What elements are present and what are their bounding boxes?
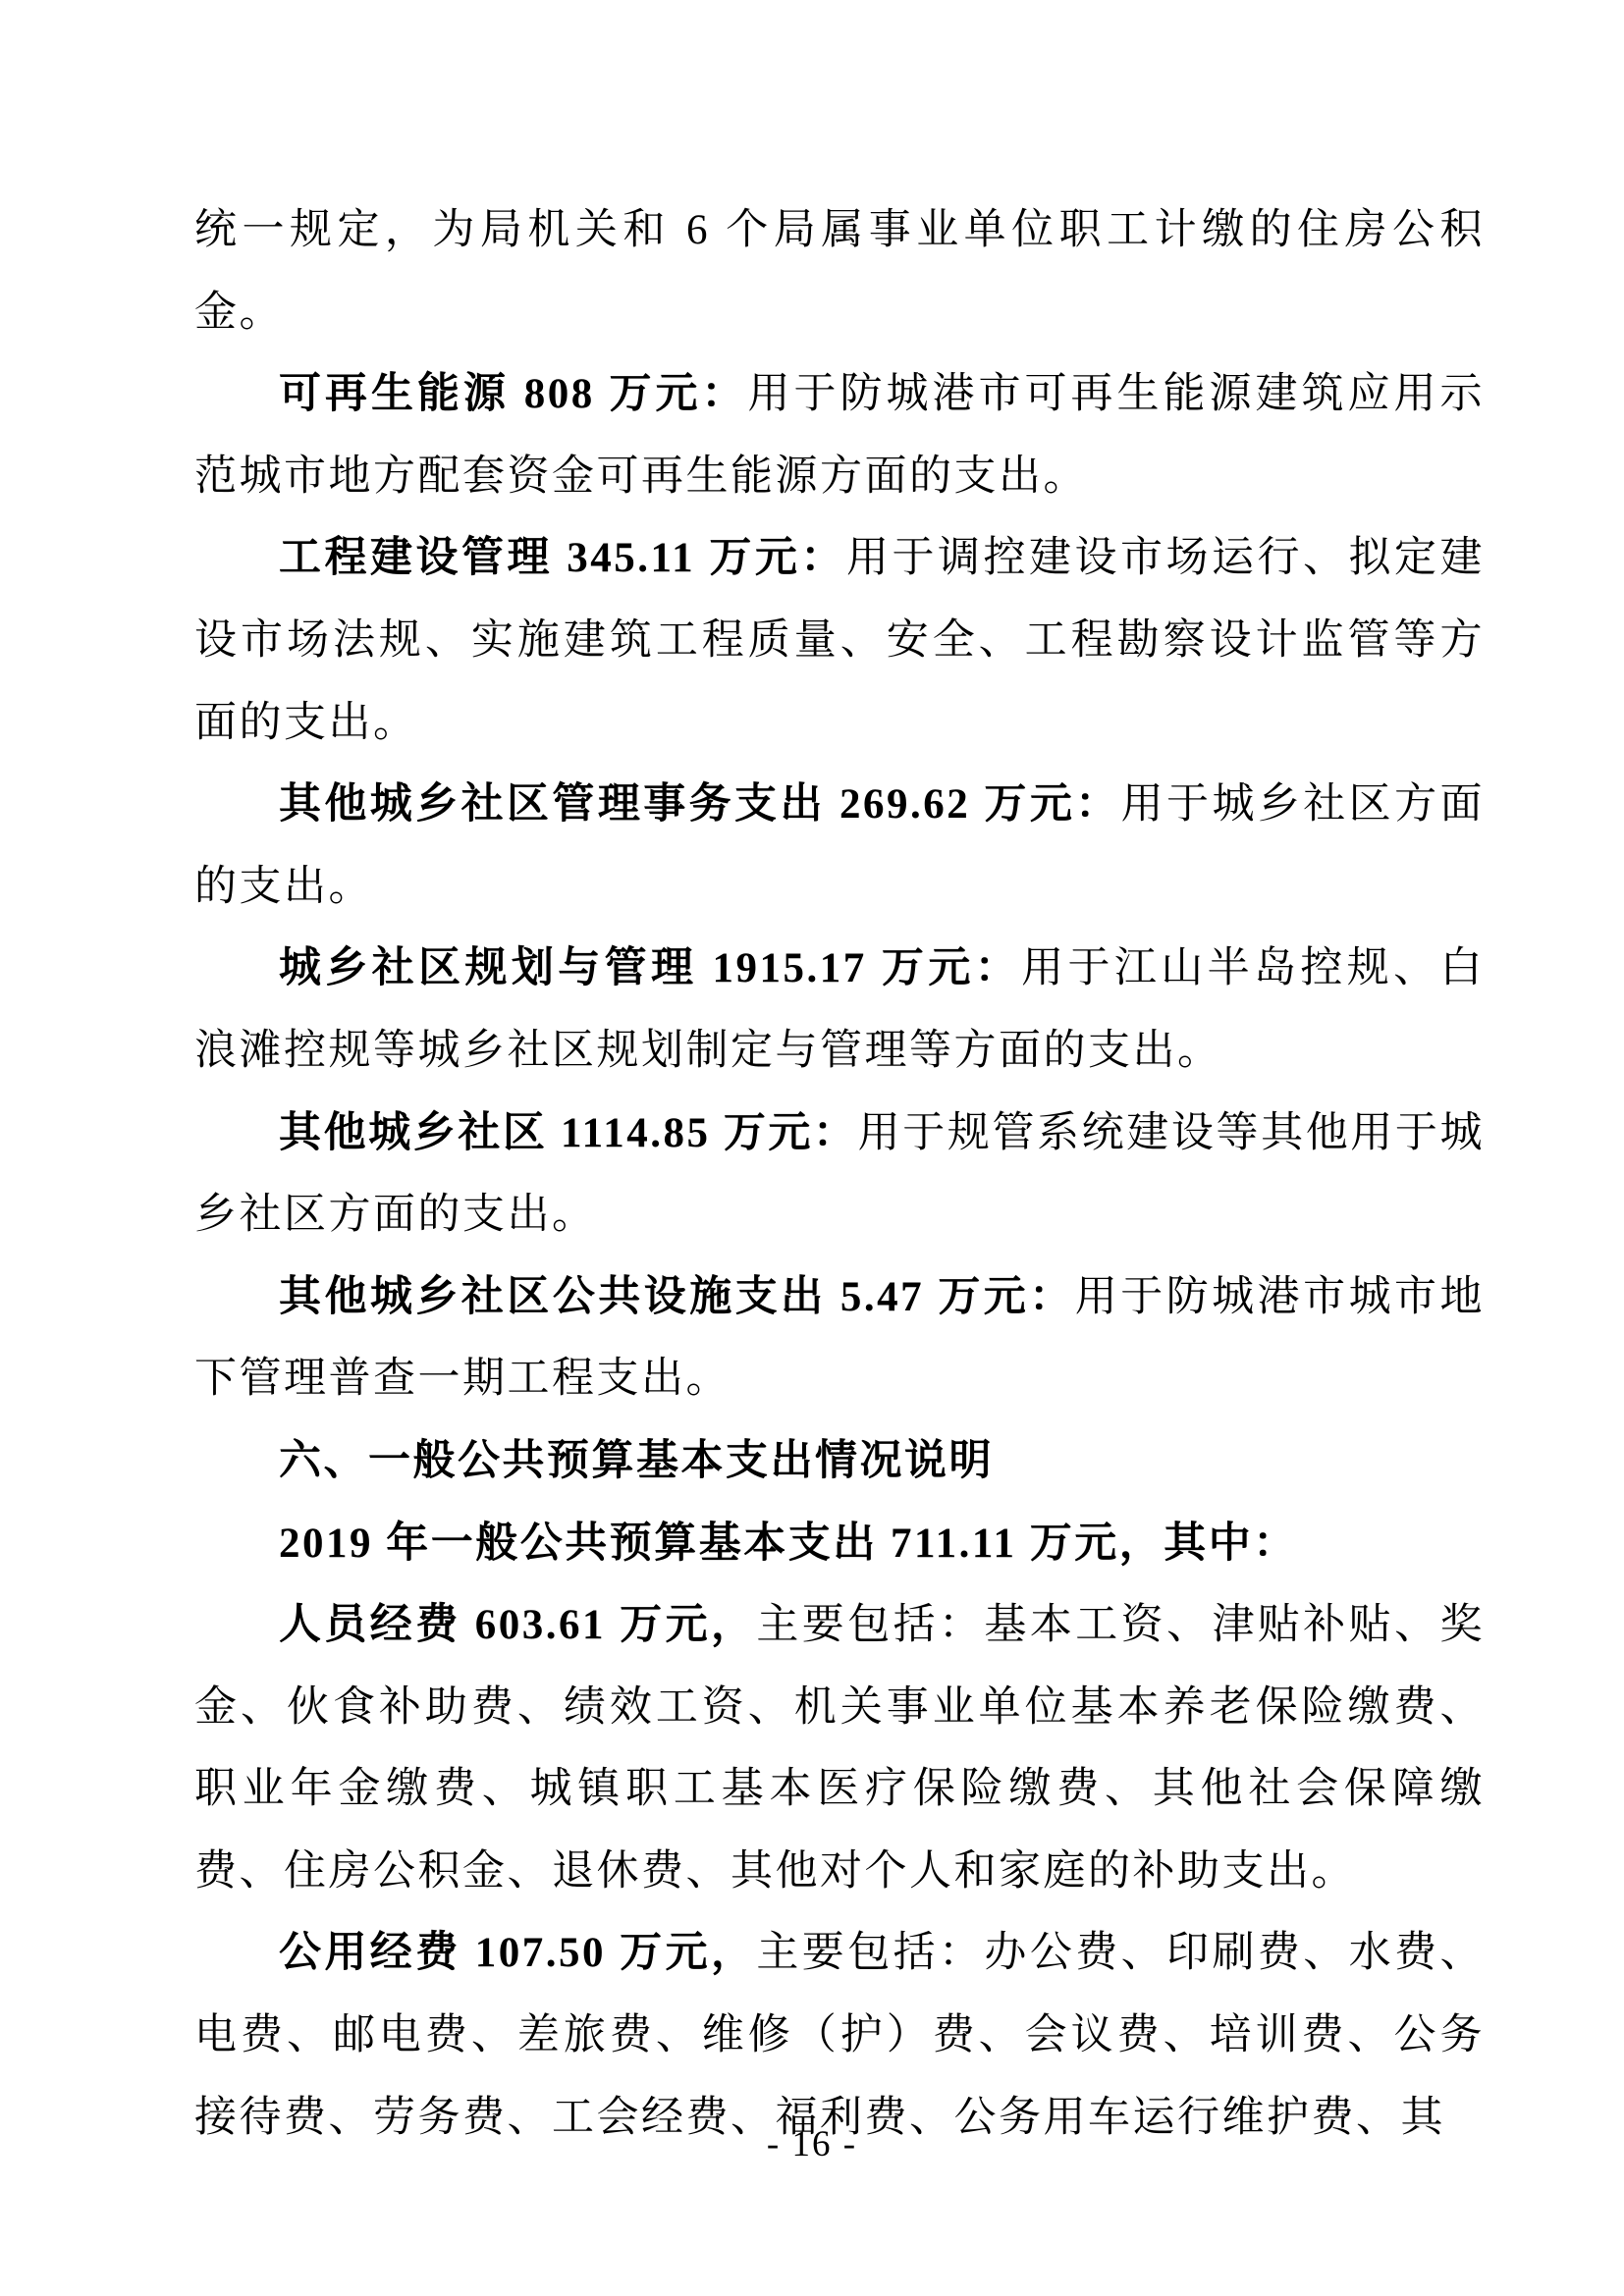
budget-item-paragraph: 可再生能源 808 万元：用于防城港市可再生能源建筑应用示范城市地方配套资金可再… bbox=[194, 353, 1485, 517]
budget-item-title: 人员经费 603.61 万元， bbox=[279, 1602, 756, 1648]
section-heading-text: 六、一般公共预算基本支出情况说明 bbox=[279, 1437, 994, 1484]
budget-item-title: 城乡社区规划与管理 1915.17 万元： bbox=[279, 945, 1021, 991]
document-body: 统一规定，为局机关和 6 个局属事业单位职工计缴的住房公积金。 可再生能源 80… bbox=[194, 189, 1485, 2159]
budget-item-title: 其他城乡社区管理事务支出 269.62 万元： bbox=[279, 781, 1121, 828]
paragraph-text: 统一规定，为局机关和 6 个局属事业单位职工计缴的住房公积金。 bbox=[194, 207, 1485, 336]
budget-item-paragraph: 其他城乡社区 1114.85 万元：用于规管系统建设等其他用于城乡社区方面的支出… bbox=[194, 1093, 1485, 1256]
summary-text: 2019 年一般公共预算基本支出 711.11 万元，其中： bbox=[279, 1521, 1298, 1567]
section-heading: 六、一般公共预算基本支出情况说明 bbox=[194, 1420, 1485, 1503]
summary-paragraph: 2019 年一般公共预算基本支出 711.11 万元，其中： bbox=[194, 1503, 1485, 1585]
budget-item-paragraph: 其他城乡社区公共设施支出 5.47 万元：用于防城港市城市地下管理普查一期工程支… bbox=[194, 1256, 1485, 1420]
budget-item-title: 其他城乡社区公共设施支出 5.47 万元： bbox=[279, 1274, 1075, 1320]
budget-item-title: 工程建设管理 345.11 万元： bbox=[279, 535, 846, 581]
budget-item-title: 其他城乡社区 1114.85 万元： bbox=[279, 1110, 858, 1156]
budget-item-paragraph: 城乡社区规划与管理 1915.17 万元：用于江山半岛控规、白浪滩控规等城乡社区… bbox=[194, 928, 1485, 1092]
document-page: 统一规定，为局机关和 6 个局属事业单位职工计缴的住房公积金。 可再生能源 80… bbox=[0, 0, 1624, 2296]
page-number: - 16 - bbox=[0, 2123, 1624, 2165]
budget-item-paragraph: 工程建设管理 345.11 万元：用于调控建设市场运行、拟定建设市场法规、实施建… bbox=[194, 517, 1485, 764]
budget-item-title: 公用经费 107.50 万元， bbox=[279, 1930, 756, 1976]
budget-item-paragraph: 人员经费 603.61 万元，主要包括：基本工资、津贴补贴、奖金、伙食补助费、绩… bbox=[194, 1584, 1485, 1912]
continuation-paragraph: 统一规定，为局机关和 6 个局属事业单位职工计缴的住房公积金。 bbox=[194, 189, 1485, 353]
budget-item-title: 可再生能源 808 万元： bbox=[279, 371, 748, 417]
budget-item-paragraph: 其他城乡社区管理事务支出 269.62 万元：用于城乡社区方面的支出。 bbox=[194, 764, 1485, 928]
budget-item-paragraph: 公用经费 107.50 万元，主要包括：办公费、印刷费、水费、电费、邮电费、差旅… bbox=[194, 1912, 1485, 2159]
